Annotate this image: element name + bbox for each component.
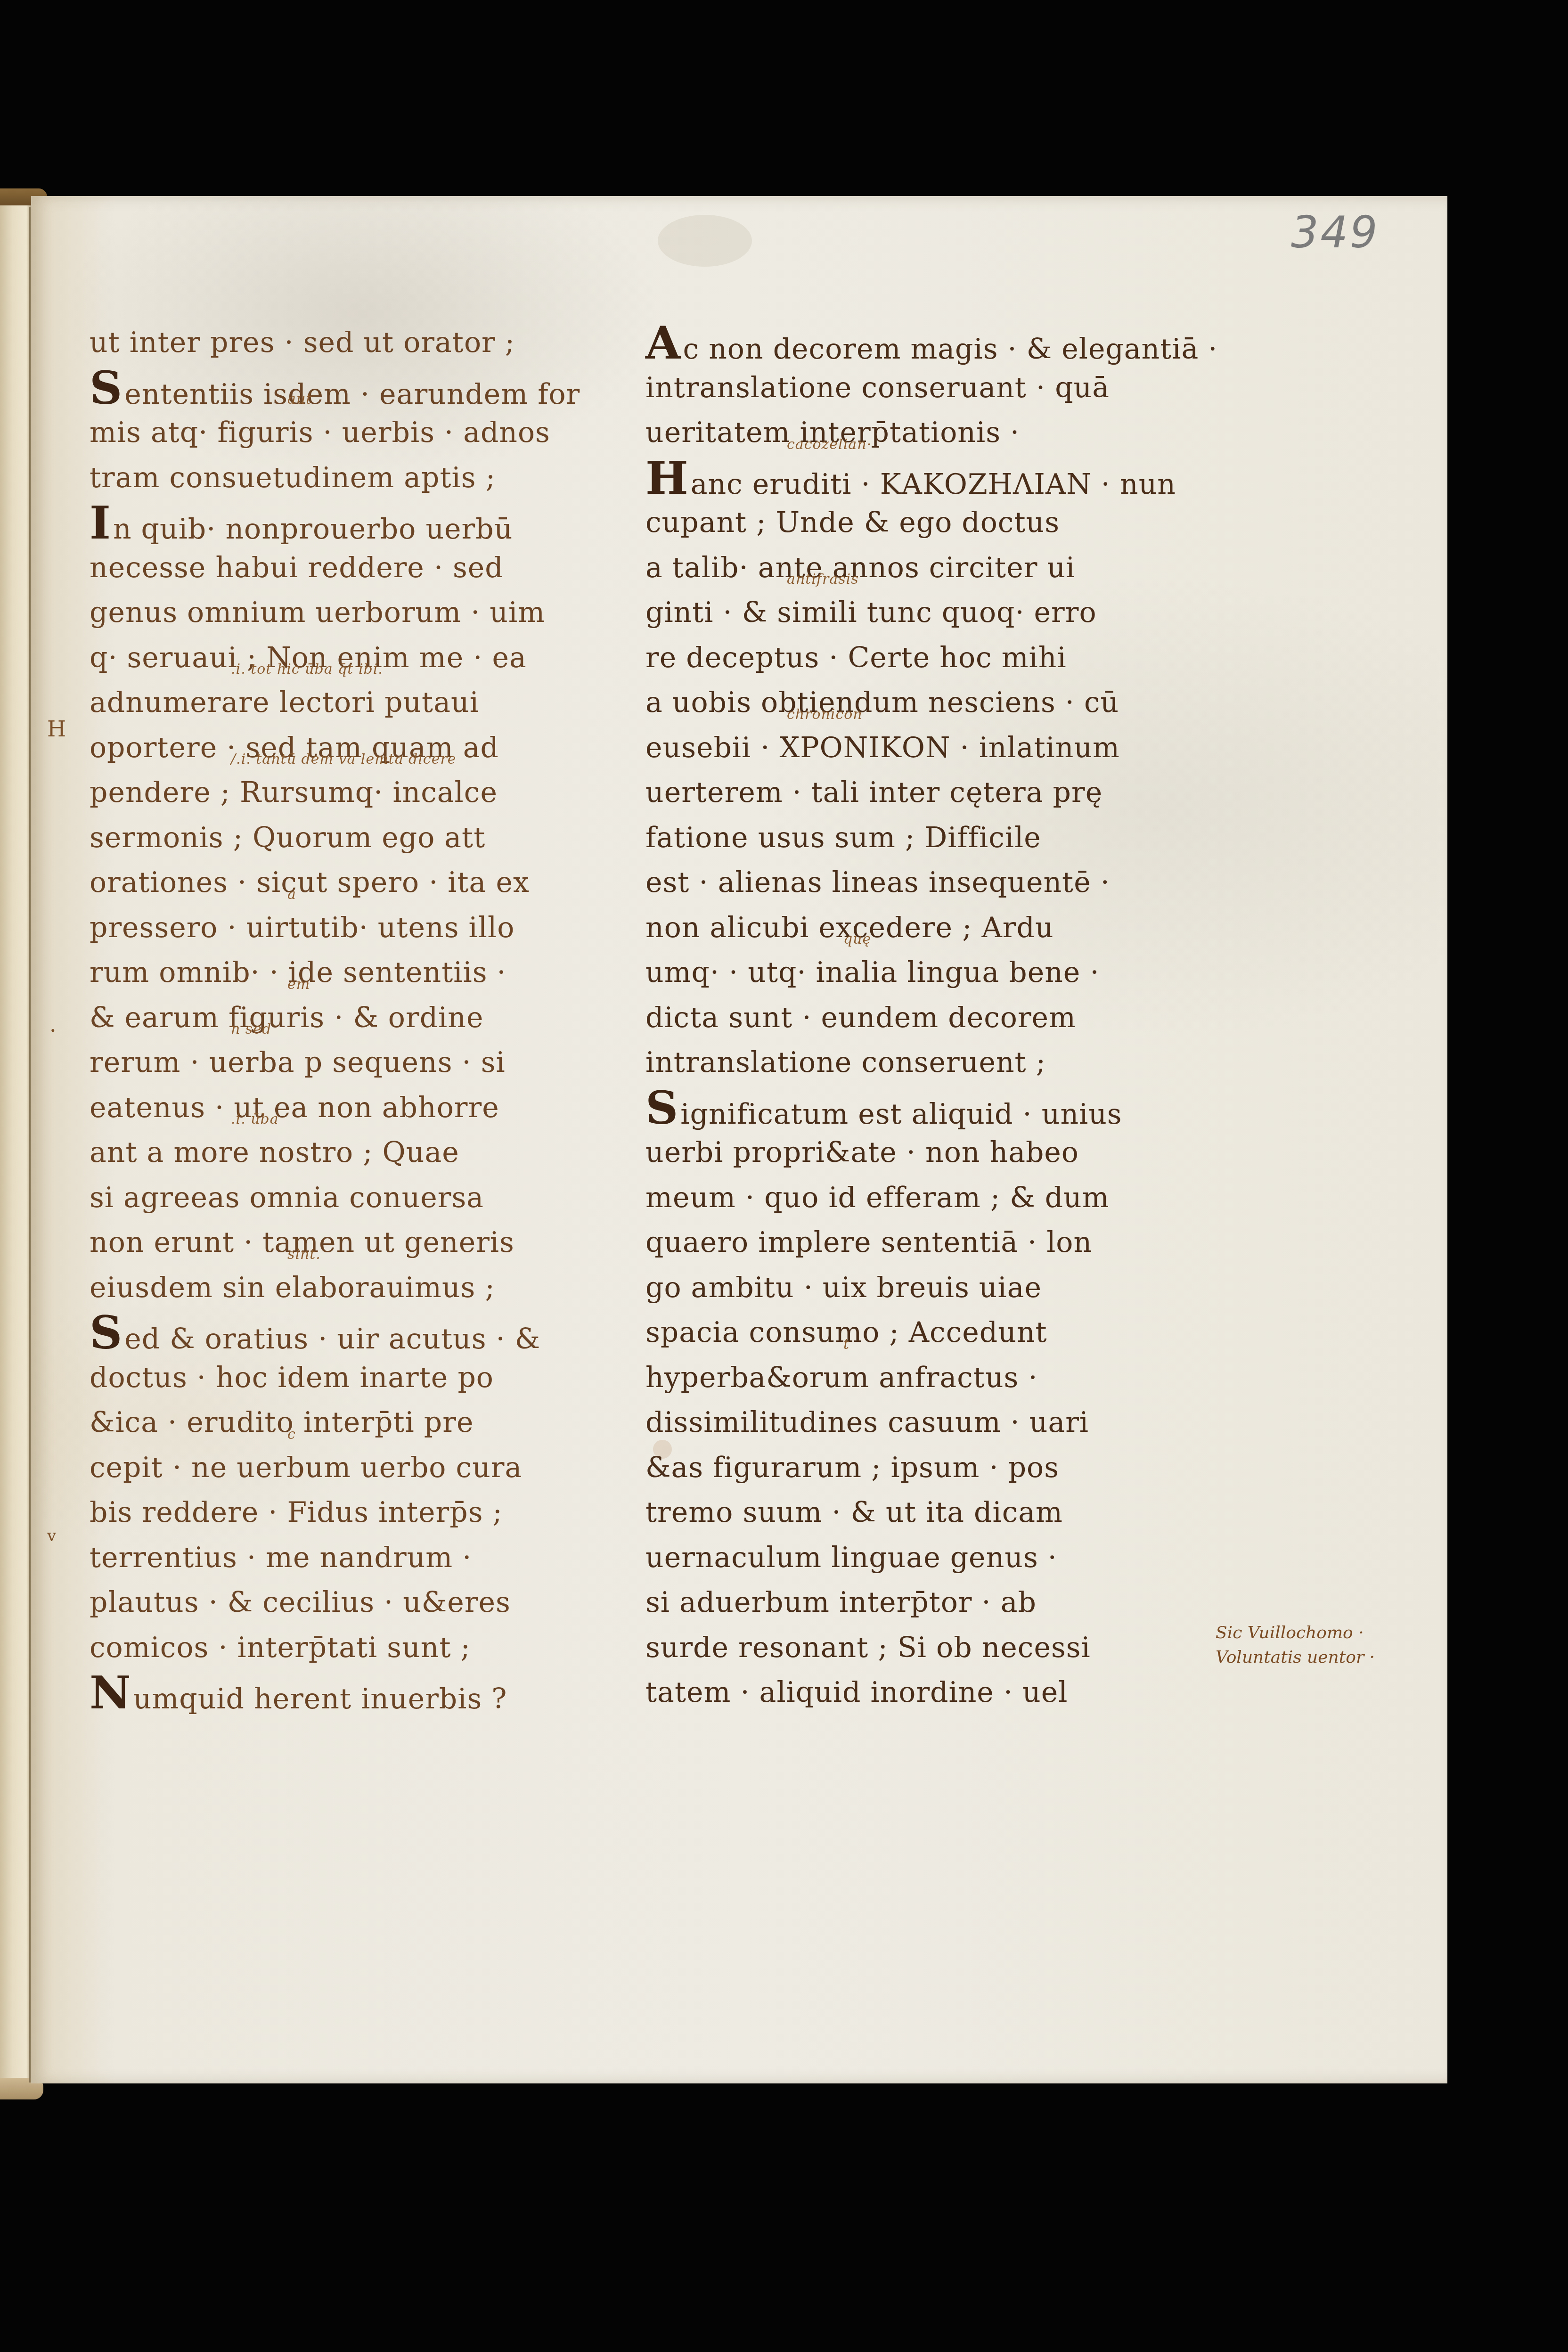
text-line: est · alienas lineas insequentē · [645,860,1234,906]
text-line: genus omnium uerborum · uim [90,590,645,636]
line-text: si aduerbum interp̄tor · ab [645,1586,1037,1619]
text-line: a uobis obtiendum nesciens · cū [645,680,1234,726]
marginal-note-line-2: Voluntatis uentor · [1216,1645,1375,1670]
text-line: meum · quo id efferam ; & dum [645,1176,1234,1221]
text-line: non erunt · tamen ut generis [90,1220,645,1266]
text-line: uerterem · tali inter cętera prę [645,770,1234,816]
text-line: dissimilitudines casuum · uari [645,1400,1234,1445]
text-line: necesse habui reddere · sed [90,546,645,591]
marginal-note: Sic Vuillochomo · Voluntatis uentor · [1216,1621,1375,1670]
text-line: sint.eiusdem sin elaborauimus ; [90,1266,645,1311]
line-text: ut inter pres · sed ut orator ; [90,326,515,359]
text-line: doctus · hoc idem inarte po [90,1356,645,1401]
text-line: si agreeas omnia conuersa [90,1176,645,1221]
line-text: orationes · sicut spero · ita ex [90,866,530,899]
line-text: intranslatione conseruent ; [645,1046,1046,1079]
text-line: quęumq· · utq· inalia lingua bene · [645,950,1234,996]
line-text: surde resonant ; Si ob necessi [645,1631,1091,1664]
interlinear-gloss: t [843,1338,849,1352]
text-line: bis reddere · Fidus interp̄s ; [90,1490,645,1535]
line-text: eiusdem sin elaborauimus ; [90,1271,495,1304]
text-line: cacozelian·Hanc eruditi · ΚΑΚΟΖΗΛΙΑΝ · n… [645,456,1234,501]
line-text: ant a more nostro ; Quae [90,1136,459,1169]
margin-mark-v: v [47,1527,56,1545]
interlinear-gloss: /.i. tantū dem va lemta dicere [231,752,457,767]
line-text: anc eruditi · ΚΑΚΟΖΗΛΙΑΝ · nun [691,468,1176,501]
line-text: fatione usus sum ; Difficile [645,821,1041,854]
line-text: est · alienas lineas insequentē · [645,866,1110,899]
text-line: si aduerbum interp̄tor · ab [645,1580,1234,1625]
right-text-column: Ac non decorem magis · & elegantiā ·intr… [645,320,1234,1715]
text-line: plautus · & cecilius · u&eres [90,1580,645,1625]
line-text: ignificatum est aliquid · unius [680,1098,1122,1131]
text-line: em& earum figuris · & ordine [90,996,645,1041]
text-line: uerbi propri&ate · non habeo [645,1130,1234,1176]
initial-letter: I [90,496,111,549]
line-text: sermonis ; Quorum ego att [90,821,485,854]
text-line: dicta sunt · eundem decorem [645,996,1234,1041]
initial-letter: H [645,451,689,505]
text-line: intranslatione conseruent ; [645,1040,1234,1086]
line-text: hyperba&orum anfractus · [645,1361,1038,1394]
interlinear-gloss: sint. [287,1248,321,1262]
interlinear-gloss: n sed [231,1022,271,1037]
text-line: re deceptus · Certe hoc mihi [645,636,1234,681]
text-line: .i. tot hic ūba q̄t ibi.adnumerare lecto… [90,680,645,726]
text-line: &ica · erudito interp̄ti pre [90,1400,645,1445]
stain [658,215,752,267]
margin-mark-h: H [47,716,66,742]
text-line: ccepit · ne uerbum uerbo cura [90,1445,645,1491]
text-line: antifrasisginti · & simili tunc quoq· er… [645,590,1234,636]
line-text: &as figurarum ; ipsum · pos [645,1451,1059,1484]
text-line: ut inter pres · sed ut orator ; [90,320,645,366]
line-text: a uobis obtiendum nesciens · cū [645,686,1119,719]
line-text: comicos · interp̄tati sunt ; [90,1631,471,1664]
text-line: sermonis ; Quorum ego att [90,816,645,861]
line-text: re deceptus · Certe hoc mihi [645,641,1067,674]
text-line: go ambitu · uix breuis uiae [645,1266,1234,1311]
text-line: chroniconeusebii · ΧΡΟΝΙΚΟΝ · inlatinum [645,726,1234,771]
interlinear-gloss: cacozelian· [787,438,872,452]
line-text: ed & oratius · uir acutus · & [124,1323,540,1356]
marginal-note-line-1: Sic Vuillochomo · [1216,1621,1375,1645]
text-line: fatione usus sum ; Difficile [645,816,1234,861]
text-line: Numquid herent inuerbis ? [90,1670,645,1715]
text-line: cupant ; Unde & ego doctus [645,500,1234,546]
line-text: cupant ; Unde & ego doctus [645,506,1060,539]
interlinear-gloss: aut [287,392,312,407]
line-text: & earum figuris · & ordine [90,1001,483,1034]
interlinear-gloss: em [287,978,310,992]
line-text: cepit · ne uerbum uerbo cura [90,1451,522,1484]
text-line: In quib· nonprouerbo uerbū [90,500,645,546]
text-line: autmis atq· figuris · uerbis · adnos [90,410,645,456]
line-text: n quib· nonprouerbo uerbū [113,513,513,546]
initial-letter: S [90,1306,122,1359]
line-text: dicta sunt · eundem decorem [645,1001,1076,1034]
line-text: rerum · uerba p sequens · si [90,1046,506,1079]
line-text: tram consuetudinem aptis ; [90,461,496,494]
line-text: si agreeas omnia conuersa [90,1181,484,1214]
text-line: ueritatem interp̄tationis · [645,410,1234,456]
text-line: Sed & oratius · uir acutus · & [90,1310,645,1356]
interlinear-gloss: chronicon [787,708,863,722]
line-text: umquid herent inuerbis ? [133,1682,507,1715]
initial-letter: S [645,1081,678,1135]
text-line: intranslatione conseruant · quā [645,366,1234,411]
left-text-column: ut inter pres · sed ut orator ;Sententii… [90,320,645,1715]
line-text: intranslatione conseruant · quā [645,371,1110,404]
text-line: &as figurarum ; ipsum · pos [645,1445,1234,1491]
text-line: thyperba&orum anfractus · [645,1356,1234,1401]
text-line: uernaculum linguae genus · [645,1535,1234,1581]
line-text: pressero · uirtutib· utens illo [90,911,514,944]
interlinear-gloss: quę [843,932,871,947]
line-text: adnumerare lectori putaui [90,686,479,719]
line-text: eatenus · ut ea non abhorre [90,1091,499,1124]
text-line: non alicubi excedere ; Ardu [645,906,1234,951]
interlinear-gloss: a [287,888,296,902]
line-text: c non decorem magis · & elegantiā · [683,333,1217,366]
line-text: pendere ; Rursumq· incalce [90,776,498,809]
text-line: /.i. tantū dem va lemta dicerependere ; … [90,770,645,816]
line-text: uernaculum linguae genus · [645,1541,1057,1574]
line-text: eusebii · ΧΡΟΝΙΚΟΝ · inlatinum [645,731,1120,764]
line-text: uerbi propri&ate · non habeo [645,1136,1079,1169]
line-text: quaero implere sententiā · lon [645,1226,1092,1259]
line-text: tremo suum · & ut ita dicam [645,1496,1063,1529]
margin-mark-dot: · [49,1018,57,1043]
text-line: Ac non decorem magis · & elegantiā · [645,320,1234,366]
text-line: a talib· ante annos circiter ui [645,546,1234,591]
text-line: quaero implere sententiā · lon [645,1220,1234,1266]
text-line: Sententiis isdem · earundem for [90,366,645,411]
folio-number: 349 [1291,207,1380,258]
text-line: tatem · aliquid inordine · uel [645,1670,1234,1715]
text-line: terrentius · me nandrum · [90,1535,645,1581]
line-text: go ambitu · uix breuis uiae [645,1271,1042,1304]
line-text: ententiis isdem · earundem for [124,378,580,411]
text-line: .i. ūbaant a more nostro ; Quae [90,1130,645,1176]
line-text: uerterem · tali inter cętera prę [645,776,1102,809]
interlinear-gloss: .i. ūba [231,1112,279,1127]
text-line: n sedrerum · uerba p sequens · si [90,1040,645,1086]
line-text: umq· · utq· inalia lingua bene · [645,956,1100,989]
interlinear-gloss: .i. tot hic ūba q̄t ibi. [231,662,383,677]
line-text: dissimilitudines casuum · uari [645,1406,1089,1439]
text-line: orationes · sicut spero · ita ex [90,860,645,906]
line-text: mis atq· figuris · uerbis · adnos [90,416,550,449]
line-text: plautus · & cecilius · u&eres [90,1586,511,1619]
initial-letter: S [90,361,122,415]
text-line: Significatum est aliquid · unius [645,1086,1234,1131]
text-line: surde resonant ; Si ob necessi [645,1625,1234,1671]
gutter-line [29,207,31,2082]
text-line: eatenus · ut ea non abhorre [90,1086,645,1131]
interlinear-gloss: c [287,1428,296,1442]
initial-letter: N [90,1666,131,1719]
line-text: &ica · erudito interp̄ti pre [90,1406,474,1439]
text-line: tram consuetudinem aptis ; [90,456,645,501]
text-line: comicos · interp̄tati sunt ; [90,1625,645,1671]
text-line: rum omnib· · ide sententiis · [90,950,645,996]
text-line: tremo suum · & ut ita dicam [645,1490,1234,1535]
line-text: bis reddere · Fidus interp̄s ; [90,1496,503,1529]
interlinear-gloss: antifrasis [787,572,859,587]
line-text: genus omnium uerborum · uim [90,596,545,629]
line-text: terrentius · me nandrum · [90,1541,472,1574]
text-line: apressero · uirtutib· utens illo [90,906,645,951]
line-text: a talib· ante annos circiter ui [645,551,1075,584]
line-text: necesse habui reddere · sed [90,551,504,584]
line-text: tatem · aliquid inordine · uel [645,1676,1068,1709]
text-line: spacia consumo ; Accedunt [645,1310,1234,1356]
line-text: ginti · & simili tunc quoq· erro [645,596,1097,629]
previous-leaf-edge [0,198,31,2087]
line-text: doctus · hoc idem inarte po [90,1361,494,1394]
line-text: meum · quo id efferam ; & dum [645,1181,1110,1214]
initial-letter: A [645,316,681,369]
